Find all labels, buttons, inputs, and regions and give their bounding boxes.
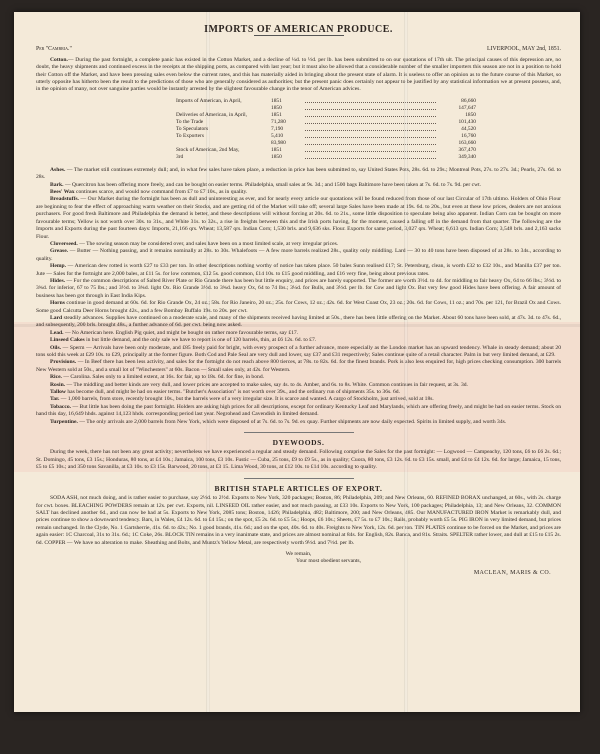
market-paragraph: Grease. — Butter — Nothing passing, and … [36, 248, 561, 263]
leader-dots [305, 98, 436, 103]
cotton-table: Imports of American, in April,185186,660… [176, 98, 476, 161]
section-rule [244, 432, 354, 433]
leader-dots [305, 105, 436, 110]
market-paragraph: Provisions. — In Beef there has been les… [36, 359, 561, 374]
leader-dots [305, 133, 436, 138]
market-paragraph: Horns continue in good demand at 60s. 6d… [36, 300, 561, 315]
market-paragraph: Ashes. — The market still continues extr… [36, 167, 561, 182]
header-row: Per "Cambria." LIVERPOOL, MAY 2nd, 1851. [36, 46, 561, 53]
signoff: We remain, Your most obedient servants, … [36, 551, 561, 577]
dateline: LIVERPOOL, MAY 2nd, 1851. [487, 46, 561, 53]
leader-dots [305, 126, 436, 131]
page-title: IMPORTS OF AMERICAN PRODUCE. [36, 26, 561, 33]
table-row: To Exporters5,41016,760 [176, 133, 476, 140]
market-paragraph: Lard steadily advances. Supplies have co… [36, 315, 561, 330]
exports-paragraph: SODA ASH, not much doing, and is rather … [36, 495, 561, 547]
leader-dots [305, 147, 436, 152]
table-row: 83,980163,660 [176, 140, 476, 147]
signoff-remain: We remain, [36, 551, 561, 558]
circular-content: IMPORTS OF AMERICAN PRODUCE. Per "Cambri… [36, 20, 561, 577]
market-paragraph: Linseed Cakes in but little demand, and … [36, 337, 561, 344]
cotton-paragraph: Cotton.— During the past fortnight, a co… [36, 57, 561, 94]
dyewoods-title: DYEWOODS. [36, 439, 561, 446]
leader-dots [305, 112, 436, 117]
dyewoods-paragraph: During the week, there has not been any … [36, 449, 561, 471]
market-paragraph: Breadstuffs. — Our Market during the for… [36, 196, 561, 240]
market-paragraph: Hides. — For the common descriptions of … [36, 278, 561, 300]
market-paragraph: Bark. — Quercitron has been offering mor… [36, 182, 561, 189]
exports-title: BRITISH STAPLE ARTICLES OF EXPORT. [36, 485, 561, 492]
market-paragraph: Hemp. — American dew rotted is worth £27… [36, 263, 561, 278]
table-row: Deliveries of American, in April,1851185… [176, 112, 476, 119]
table-row: 3rd1850349,340 [176, 154, 476, 161]
table-row: To Speculators7,19044,520 [176, 126, 476, 133]
table-row: 1850147,647 [176, 105, 476, 112]
market-paragraph: Tar. — 1,000 barrels, from store, recent… [36, 396, 561, 403]
firm-name: MACLEAN, MARIS & CO. [36, 570, 551, 577]
leader-dots [305, 140, 436, 145]
leader-dots [305, 154, 436, 159]
market-paragraph: Rice. — Carolina. Sales only to a limite… [36, 374, 561, 381]
leader-dots [305, 119, 436, 124]
title-rule [254, 35, 344, 36]
circular-sheet: IMPORTS OF AMERICAN PRODUCE. Per "Cambri… [14, 12, 580, 712]
market-paragraphs: Ashes. — The market still continues extr… [36, 167, 561, 426]
per-ship: Per "Cambria." [36, 46, 72, 53]
market-paragraph: Turpentine. — The only arrivals are 2,00… [36, 419, 561, 426]
market-paragraph: Oils. — Sperm — Arrivals have been only … [36, 345, 561, 360]
section-rule [244, 478, 354, 479]
table-row: To the Trade71,280101,430 [176, 119, 476, 126]
table-row: Stock of American, 2nd May,1851367,470 [176, 147, 476, 154]
table-row: Imports of American, in April,185186,660 [176, 98, 476, 105]
market-paragraph: Rosin. — The middling and better kinds a… [36, 382, 561, 389]
signoff-servants: Your most obedient servants, [96, 558, 561, 565]
market-paragraph: Tobacco. — But little has been doing the… [36, 404, 561, 419]
